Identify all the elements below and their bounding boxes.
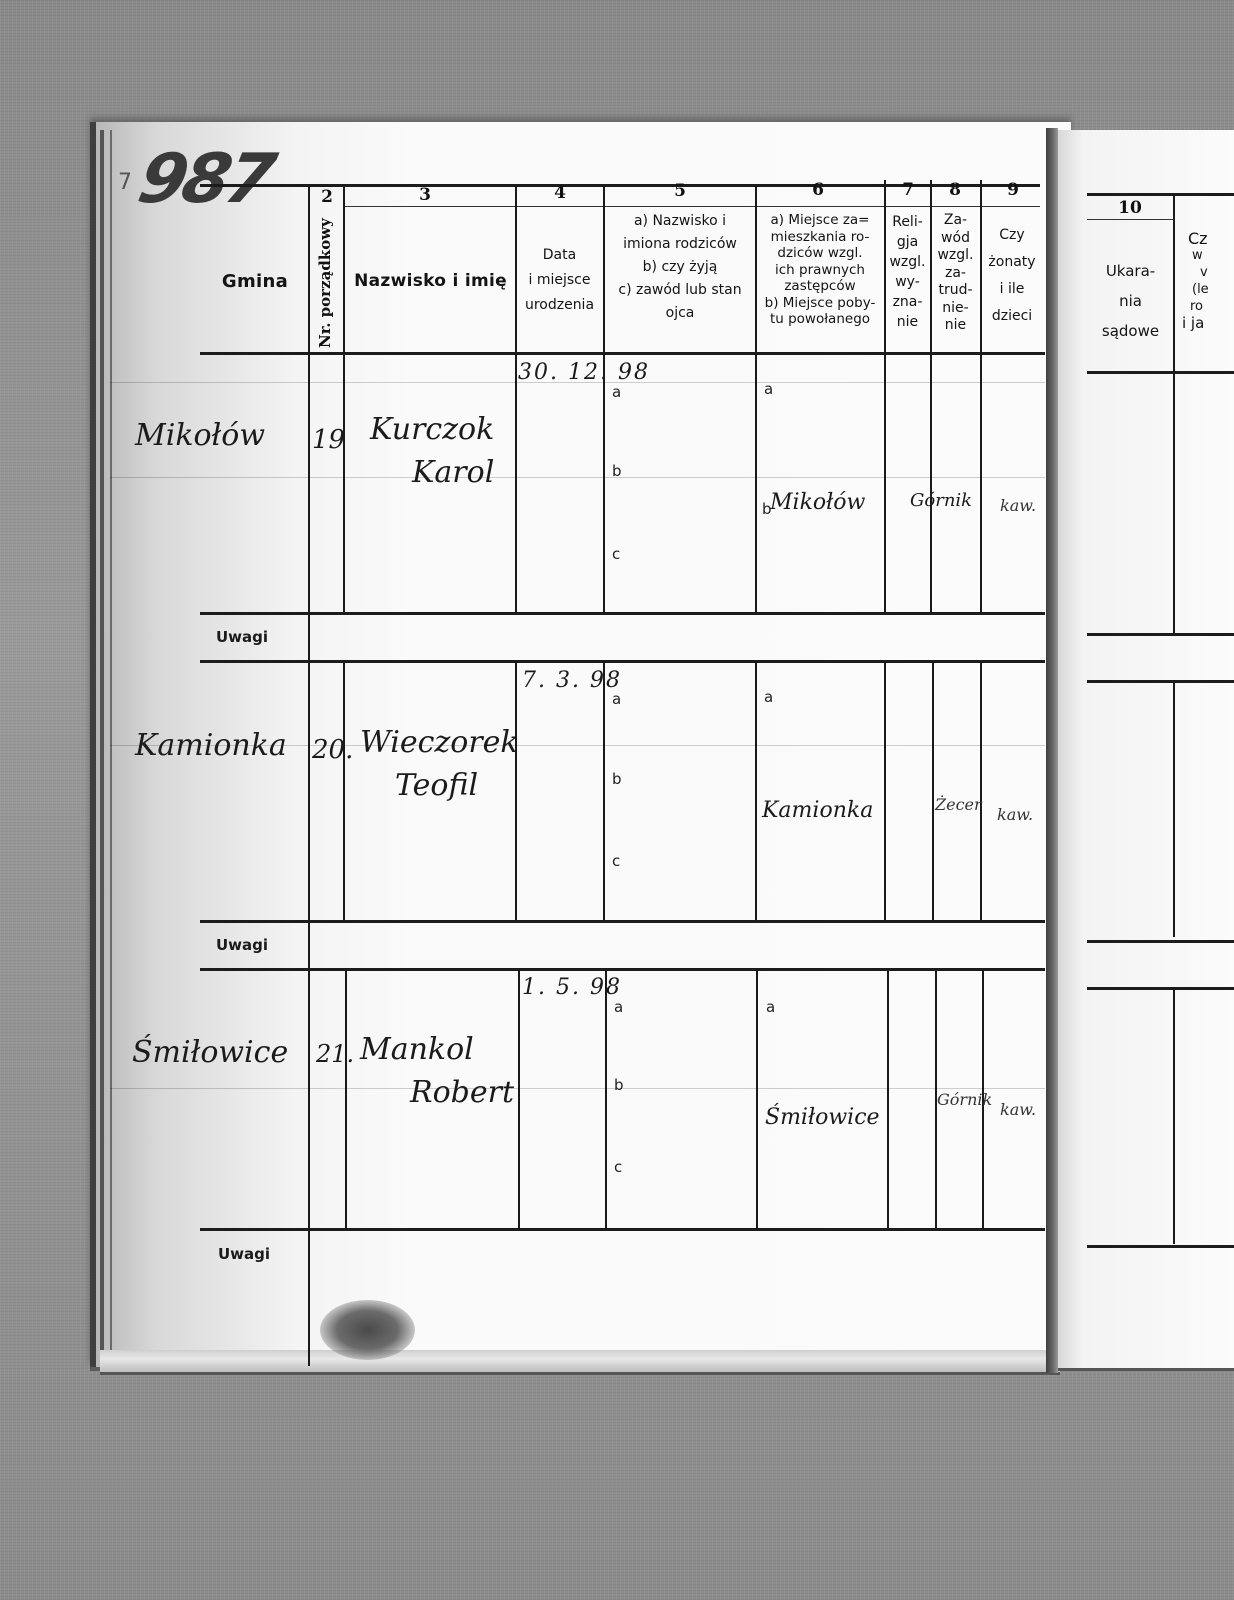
column-rule: [308, 186, 310, 1366]
colnum-rule: [1087, 219, 1174, 220]
header-top-rule: [1087, 193, 1234, 196]
column-rule: [932, 663, 934, 920]
header-line: Data: [516, 246, 603, 265]
column-rule: [605, 971, 607, 1228]
header-line: ro: [1178, 298, 1234, 315]
header-line: v: [1178, 264, 1234, 281]
page-bottom-edge: [100, 1350, 1060, 1375]
guide-line: [110, 477, 1045, 478]
sub-label-a: a: [766, 998, 775, 1016]
row-rule: [1087, 987, 1234, 990]
column-rule: [756, 971, 758, 1228]
header-religia: Reli- gja wzgl. wy- zna- nie: [885, 212, 930, 332]
book-gutter: [1046, 128, 1058, 1373]
column-rule: [343, 663, 345, 920]
row-rule: [200, 920, 1045, 923]
header-line: nie-: [931, 300, 980, 318]
entry-nr: 21.: [316, 1040, 354, 1068]
column-rule: [345, 971, 347, 1228]
archive-number: 987: [132, 140, 279, 219]
entry-occupation: Górnik: [937, 1090, 992, 1109]
entry-nr: 20.: [312, 735, 353, 765]
header-line: i miejsce: [516, 271, 603, 290]
header-line: a) Miejsce za=: [756, 212, 884, 229]
entry-residence: Mikołów: [770, 490, 865, 515]
column-number: 7: [893, 180, 923, 200]
sub-label-a: a: [764, 688, 773, 706]
header-line: b) czy żyją: [604, 256, 756, 279]
column-rule: [887, 971, 889, 1228]
remarks-label: Uwagi: [216, 628, 268, 646]
sub-label-a: a: [614, 998, 623, 1016]
header-line: Za-: [931, 212, 980, 230]
sub-label-b: b: [612, 462, 622, 480]
column-rule: [755, 184, 757, 352]
column-rule: [515, 663, 517, 920]
entry-surname: Wieczorek: [360, 725, 519, 760]
sub-label-c: c: [612, 545, 620, 563]
header-nazwisko-imie: Nazwisko i imię: [348, 272, 513, 291]
entry-marital: kaw.: [1000, 1100, 1036, 1119]
entry-residence: Kamionka: [762, 798, 873, 823]
sub-label-a: a: [612, 690, 621, 708]
row-rule: [200, 612, 1045, 615]
header-line: nia: [1088, 286, 1173, 316]
column-rule: [884, 180, 886, 352]
header-line: trud-: [931, 282, 980, 300]
header-line: wzgl.: [885, 252, 930, 272]
column-rule: [884, 663, 886, 920]
entry-given-name: Karol: [412, 455, 494, 490]
column-rule: [1173, 682, 1175, 937]
entry-nr: 19: [312, 425, 345, 455]
header-line: gja: [885, 232, 930, 252]
header-line: zna-: [885, 292, 930, 312]
header-line: nie: [931, 317, 980, 335]
entry-given-name: Teofil: [395, 768, 478, 803]
column-number: 9: [998, 180, 1028, 200]
column-rule: [755, 663, 757, 920]
row-rule: [1087, 633, 1234, 636]
sub-label-b: b: [612, 770, 622, 788]
header-line: nie: [885, 312, 930, 332]
column-rule: [884, 355, 886, 612]
archive-number-prefix: 7: [118, 170, 132, 195]
header-miejsce-zamieszkania: a) Miejsce za= mieszkania ro- dziców wzg…: [756, 212, 884, 328]
column-rule: [1173, 196, 1175, 636]
header-line: a) Nazwisko i: [604, 210, 756, 233]
column-rule: [518, 971, 520, 1228]
entry-given-name: Robert: [410, 1075, 514, 1110]
header-line: tu powołanego: [756, 311, 884, 328]
sub-label-a: a: [764, 380, 773, 398]
entry-gmina: Śmiłowice: [132, 1035, 288, 1070]
header-line: za-: [931, 265, 980, 283]
row-rule: [1087, 1245, 1234, 1248]
column-rule: [603, 355, 605, 612]
column-number: 5: [665, 181, 695, 201]
header-line: Ukara-: [1088, 256, 1173, 286]
remarks-label: Uwagi: [218, 1245, 270, 1263]
remarks-label: Uwagi: [216, 936, 268, 954]
column-rule: [515, 186, 517, 352]
header-line: i ja: [1178, 315, 1234, 332]
page-edge: [100, 130, 104, 1360]
header-line: dzieci: [981, 303, 1043, 330]
column-rule: [980, 355, 982, 612]
header-line: urodzenia: [516, 296, 603, 315]
row-rule: [200, 968, 1045, 971]
column-rule: [930, 180, 932, 352]
header-data-urodzenia: Data i miejsce urodzenia: [516, 246, 603, 315]
entry-marital: kaw.: [997, 805, 1033, 824]
column-rule: [603, 663, 605, 920]
entry-birth-date: 1. 5. 98: [522, 975, 622, 1000]
entry-marital: kaw.: [1000, 496, 1036, 515]
header-ukarania: Ukara- nia sądowe: [1088, 256, 1173, 346]
header-line: ich prawnych: [756, 262, 884, 279]
header-line: w: [1178, 247, 1234, 264]
header-bottom-rule: [1087, 371, 1234, 374]
column-number: 6: [803, 180, 833, 200]
column-rule: [930, 355, 932, 612]
entry-surname: Kurczok: [370, 412, 494, 447]
header-line: b) Miejsce poby-: [756, 295, 884, 312]
header-line: (le: [1178, 281, 1234, 298]
entry-gmina: Kamionka: [135, 728, 287, 763]
column-rule: [755, 355, 757, 612]
header-line: wy-: [885, 272, 930, 292]
header-line: wzgl.: [931, 247, 980, 265]
page-edge: [110, 130, 112, 1355]
header-col11-partial: Cz w v (le ro i ja: [1178, 230, 1234, 332]
column-number: 3: [410, 185, 440, 205]
guide-line: [110, 1088, 1045, 1089]
column-number: 2: [312, 187, 342, 207]
header-line: c) zawód lub stan: [604, 279, 756, 302]
header-line: imiona rodziców: [604, 233, 756, 256]
entry-birth-date: 30. 12. 98: [518, 360, 650, 385]
entry-residence: Śmiłowice: [765, 1105, 880, 1130]
debris-smudge: [320, 1300, 415, 1360]
entry-birth-date: 7. 3. 98: [522, 668, 622, 693]
column-rule: [980, 180, 982, 352]
header-zonaty: Czy żonaty i ile dzieci: [981, 222, 1043, 330]
sub-label-c: c: [614, 1158, 622, 1176]
column-number: 4: [545, 183, 575, 203]
header-bottom-rule: [200, 352, 1045, 355]
sub-label-a: a: [612, 383, 621, 401]
header-line: Reli-: [885, 212, 930, 232]
entry-gmina: Mikołów: [135, 418, 265, 453]
header-line: zastępców: [756, 278, 884, 295]
header-rodzice: a) Nazwisko i imiona rodziców b) czy żyj…: [604, 210, 756, 325]
column-number: 8: [940, 180, 970, 200]
header-line: mieszkania ro-: [756, 229, 884, 246]
header-gmina: Gmina: [210, 272, 300, 291]
header-line: ojca: [604, 302, 756, 325]
header-line: Cz: [1178, 230, 1234, 247]
row-rule: [200, 1228, 1045, 1231]
row-rule: [200, 660, 1045, 663]
sub-label-c: c: [612, 852, 620, 870]
entry-occupation: Górnik: [910, 490, 972, 511]
column-number: 10: [1110, 198, 1150, 218]
row-rule: [1087, 940, 1234, 943]
entry-surname: Mankol: [360, 1032, 474, 1067]
column-rule: [603, 186, 605, 352]
colnum-rule: [345, 206, 1040, 207]
column-rule: [343, 186, 345, 352]
header-line: wód: [931, 230, 980, 248]
header-nr-porzadkowy: Nr. porządkowy: [316, 218, 334, 348]
header-line: sądowe: [1088, 316, 1173, 346]
column-rule: [980, 663, 982, 920]
row-rule: [1087, 680, 1234, 683]
header-line: i ile: [981, 276, 1043, 303]
entry-occupation: Żecer: [935, 795, 982, 814]
header-zawod: Za- wód wzgl. za- trud- nie- nie: [931, 212, 980, 335]
header-line: Czy: [981, 222, 1043, 249]
column-rule: [1173, 989, 1175, 1244]
header-line: żonaty: [981, 249, 1043, 276]
sub-label-b: b: [614, 1076, 624, 1094]
header-line: dziców wzgl.: [756, 245, 884, 262]
column-rule: [343, 355, 345, 612]
column-rule: [515, 355, 517, 612]
